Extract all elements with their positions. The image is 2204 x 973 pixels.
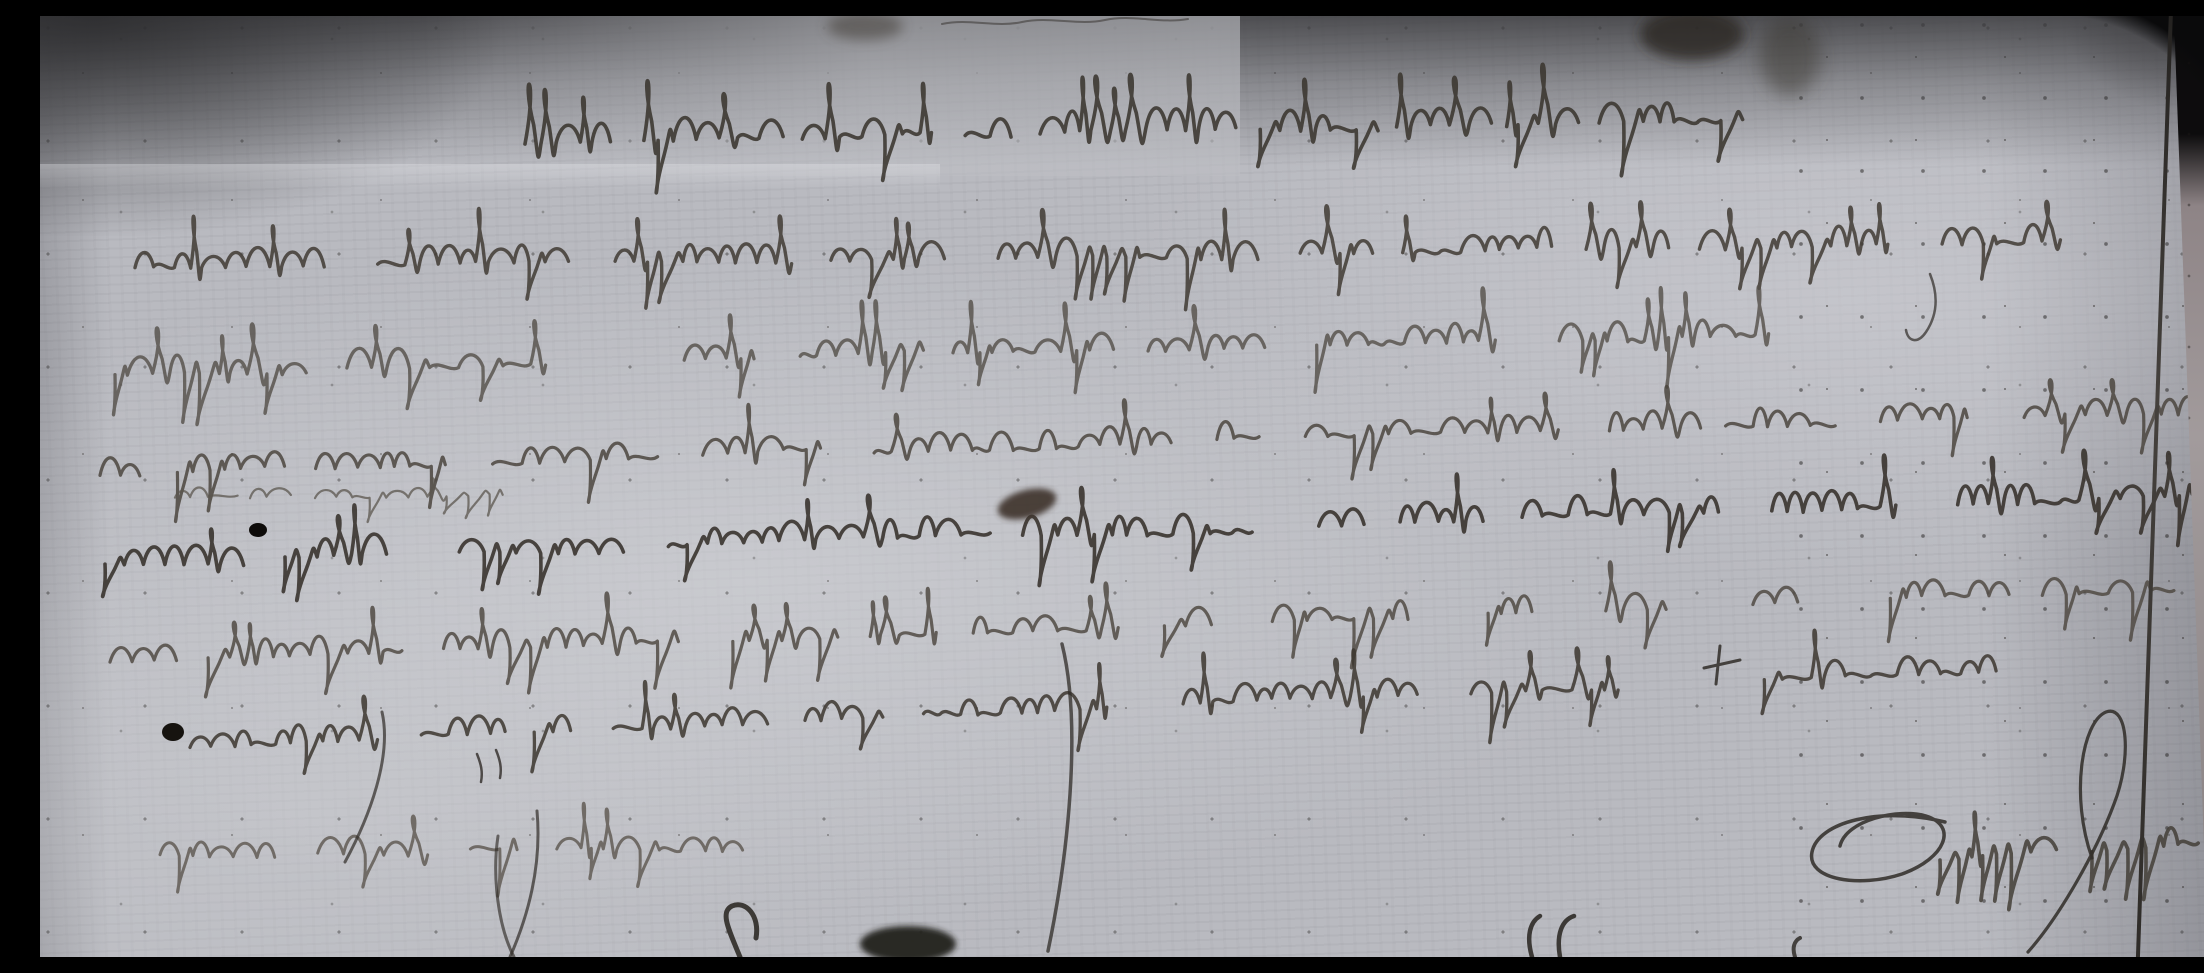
handwritten-line-line-2 [113,286,1768,424]
handwritten-line-line-7 [160,803,743,896]
ink-flourish-plus-mark-line6 [1704,646,1740,684]
ink-flourish-bottom-cut-small-mark [1794,938,1800,957]
handwriting-ink-layer [40,16,2204,957]
ink-flourish-signature-tall-loop [2028,711,2125,952]
ink-flourish-stray-hook-right [1906,274,1936,340]
handwritten-line-line-6 [190,630,1996,773]
ink-flourish-bottom-cut-ascenders [1529,916,1574,957]
ink-flourish-sweep-left-descender [510,811,538,957]
manuscript-photo [40,16,2204,957]
ink-flourish-top-edge-cut-text [942,18,1188,24]
ink-flourish-signature-q-loops [1812,814,1945,881]
ink-mark-top-right-smudge [1760,16,1820,96]
ink-mark-top-smudge-small [827,16,903,40]
ink-flourish-double-comma-marks [477,750,501,782]
ink-mark-top-smudge-large [1640,16,1744,60]
handwritten-line-heading [525,64,1743,193]
ink-flourish-sweep-after-line6 [345,712,384,862]
background-gap-top-right-corner [2040,16,2204,191]
ink-mark-bottom-cut-blob [860,926,956,957]
ink-mark-bullet-dot-line6 [162,723,184,741]
ink-mark-ink-dot-line4 [249,523,267,537]
handwritten-line-line-1 [135,201,2060,309]
handwritten-line-line-4 [103,450,2193,600]
ink-flourish-bottom-cut-d [726,905,757,957]
ink-flourish-long-sweep-center [1048,644,1072,951]
